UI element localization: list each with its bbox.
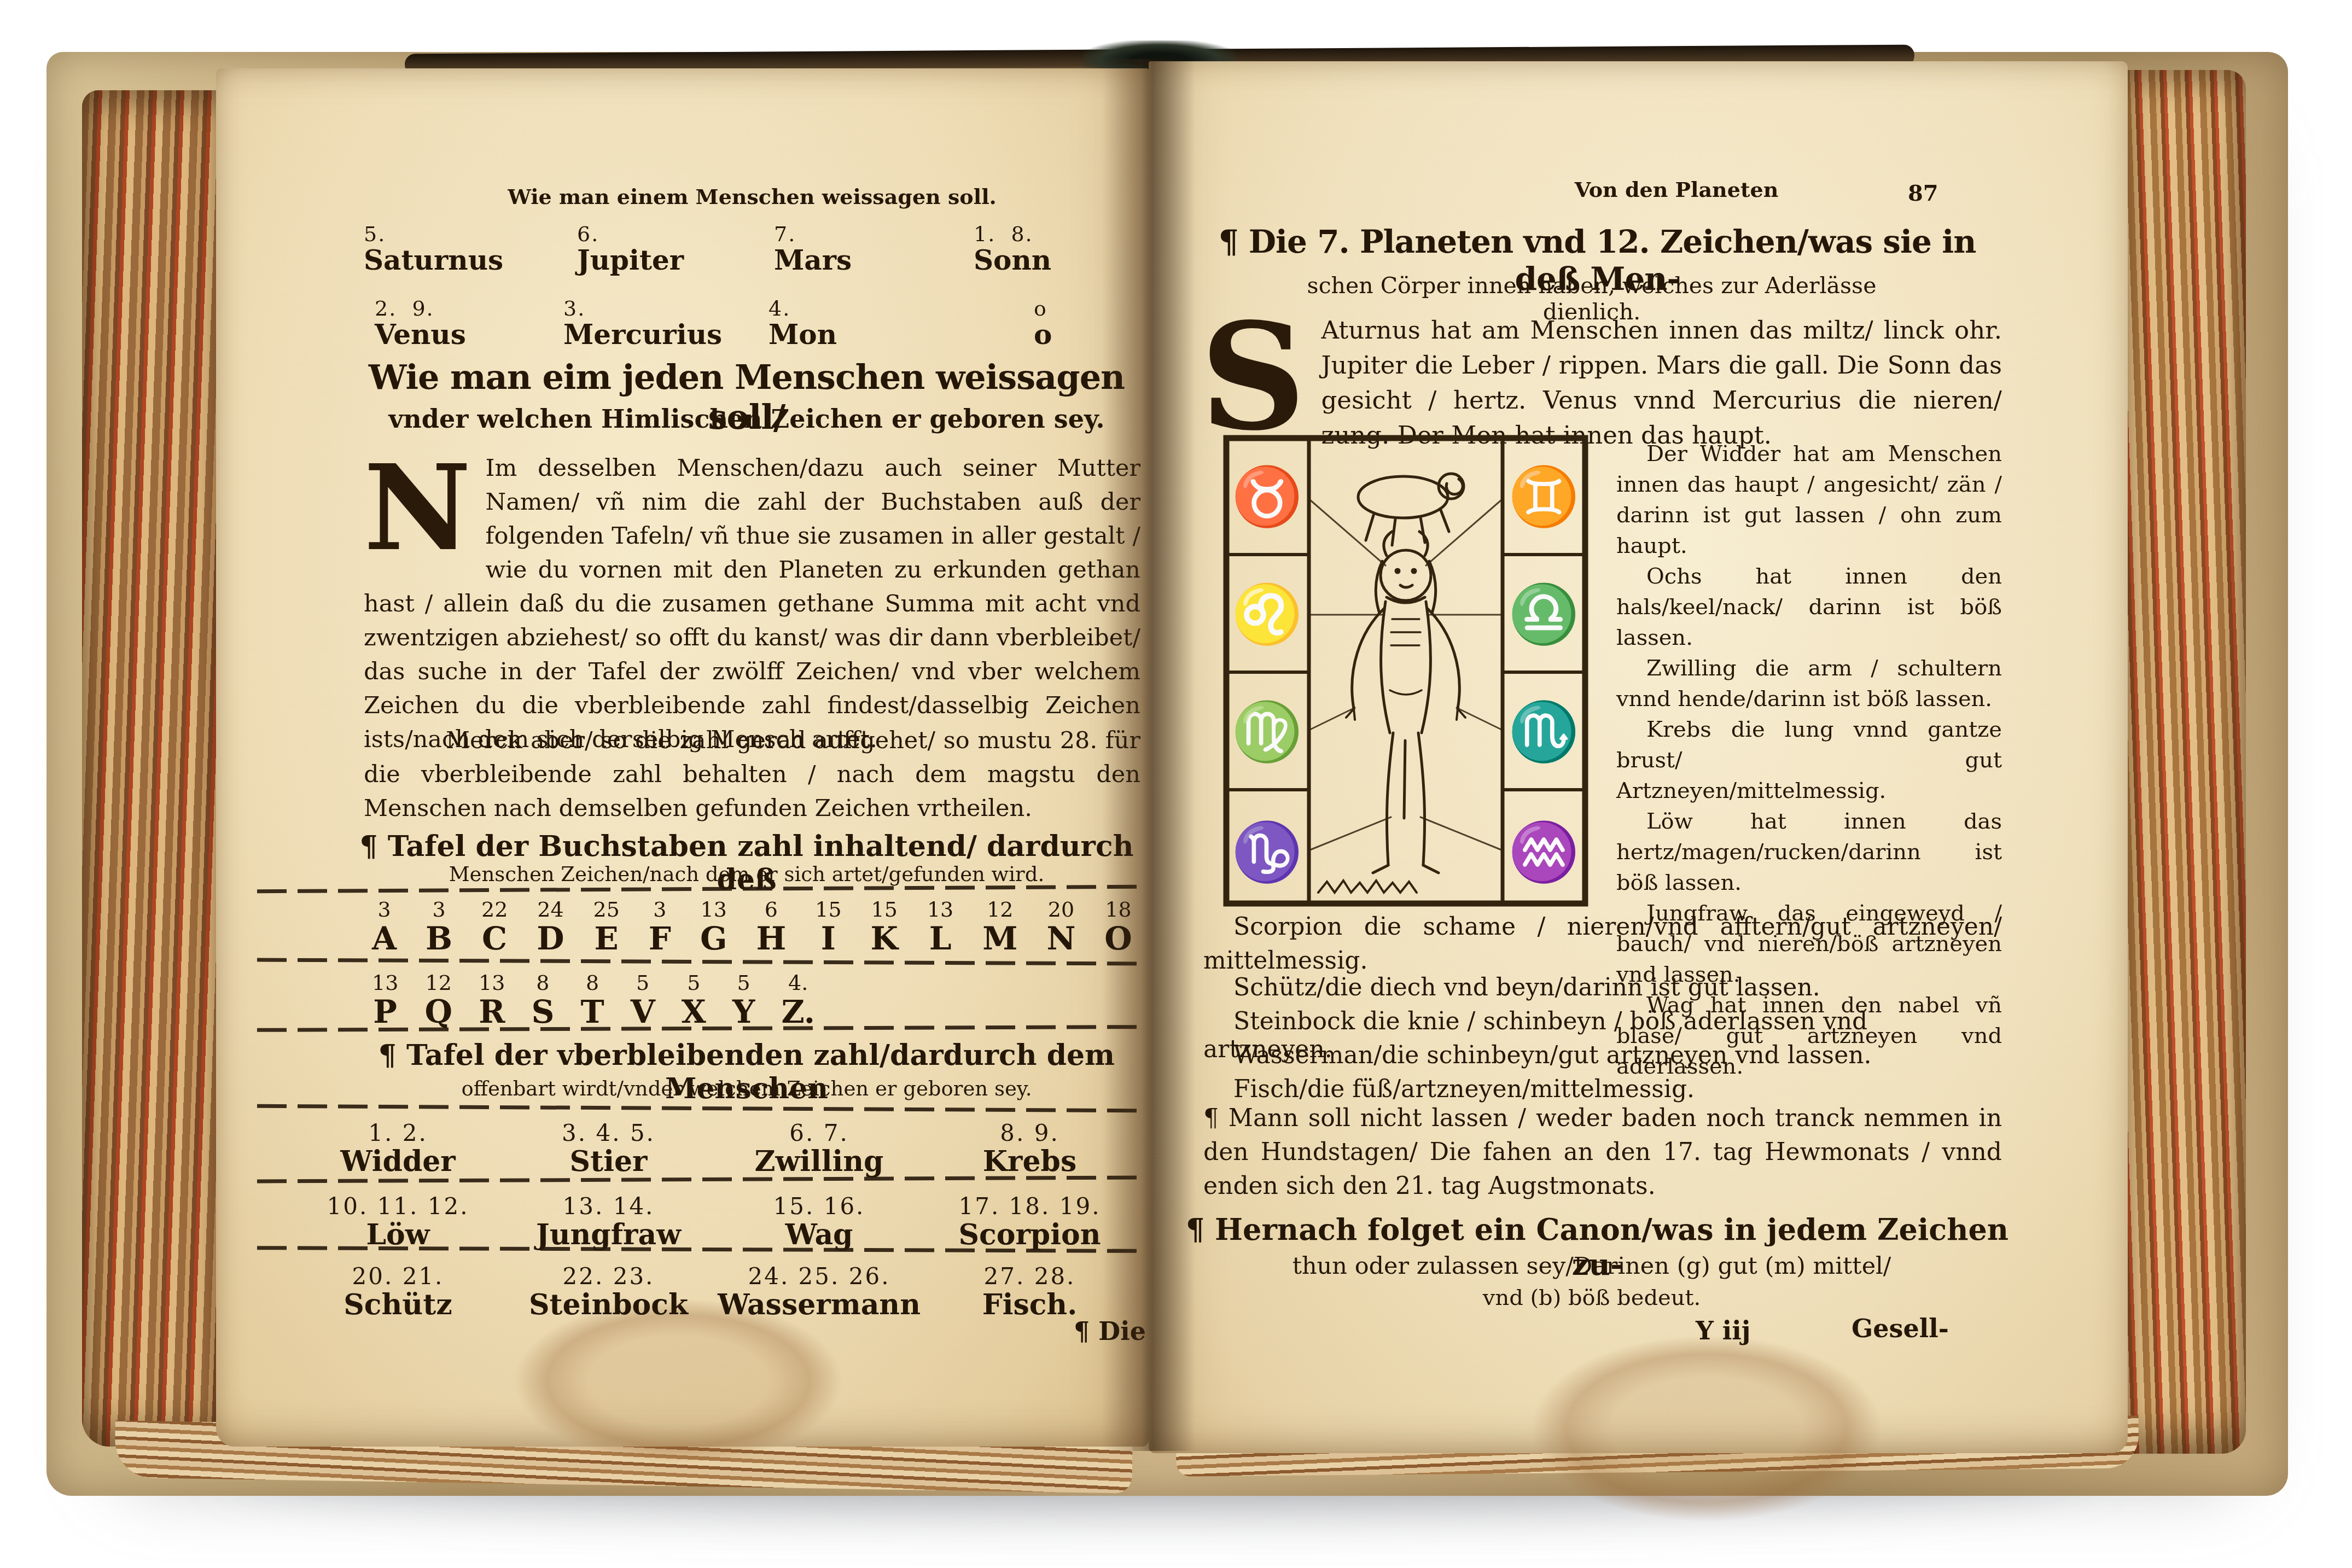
zodiac-table-row3: 20. 21.Schütz 22. 23.Steinbock 24. 25. 2… [293,1264,1135,1321]
sign-paragraph-sagittarius: Schütz/die diech vnd beyn/darinn ist gut… [1203,974,2002,1001]
page-edges-left [82,90,225,1447]
sign-paragraph: Zwilling die arm / schultern vnnd hende/… [1616,653,2002,714]
letter-cell: 4.Z. [781,972,815,1029]
planet-cell: 1. 8. Sonn [974,223,1051,275]
zodiac-cell: 24. 25. 26.Wassermann [714,1264,924,1321]
page-edges-right [2121,70,2246,1454]
letter-cell: 8S [531,972,554,1029]
zodiac-cell: 27. 28.Fisch. [924,1264,1135,1321]
planet-cell: 7. Mars [774,223,852,275]
zodiac-table-row2: 10. 11. 12.Löw 13. 14.Jungfraw 15. 16.Wa… [293,1194,1135,1251]
letter-cell: 13R [479,972,505,1029]
taurus-icon: ♉ [1232,463,1303,530]
sign-paragraph: Ochs hat innen den hals/keel/nack/ darin… [1616,561,2002,653]
letter-cell: 13G [700,899,727,955]
letter-cell: 5X [682,972,706,1029]
drop-cap-initial: S [1200,319,1306,435]
aries-ram-icon [1358,474,1464,545]
planet-cell: 6. Jupiter [577,223,684,275]
dashed-rule [257,1104,1143,1112]
scorpio-icon: ♏ [1509,698,1580,765]
letter-cell: 6H [756,899,786,955]
zodiac-cell: 22. 23.Steinbock [503,1264,714,1321]
canon-heading-line2: thun oder zulassen sey/Darinen (g) gut (… [1258,1252,1925,1280]
planet-cell: 2. 9. Venus [375,297,466,349]
libra-icon: ♎ [1509,581,1580,648]
zodiac-cell: 13. 14.Jungfraw [503,1194,714,1251]
grass-ground [1318,881,1417,893]
right-page: Von den Planeten 87 ¶ Die 7. Planeten vn… [1149,61,2128,1453]
catchword: Gesell- [1852,1314,1949,1343]
zodiac-man-figure [1346,532,1465,873]
zodiac-table-row1: 1. 2.Widder 3. 4. 5.Stier 6. 7.Zwilling … [293,1121,1135,1178]
letter-cell: 24D [537,899,564,955]
letter-cell: 15I [815,899,841,955]
letter-cell: 13P [372,972,398,1029]
zodiac-cell: 6. 7.Zwilling [714,1121,924,1178]
zodiac-cell: 8. 9.Krebs [924,1121,1135,1178]
dashed-rule [257,958,1143,965]
table1-heading-line2: Menschen Zeichen/nach dem er sich artet/… [353,862,1140,886]
capricorn-icon: ♑ [1232,819,1303,885]
letter-cell: 8T [580,972,604,1029]
running-head: Wie man einem Menschen weissagen soll. [364,184,1140,209]
leo-icon: ♌ [1232,581,1303,648]
zodiac-cell: 15. 16.Wag [714,1194,924,1251]
letter-cell: 3A [372,899,397,955]
letter-cell: 12Q [424,972,452,1029]
body-paragraph-1: NIm desselben Menschen/dazu auch seiner … [364,451,1140,756]
letter-cell: 15K [871,899,898,955]
water-stain [514,1299,842,1463]
letter-cell: 25E [593,899,620,955]
zodiac-cell: 17. 18. 19.Scorpion [924,1194,1135,1251]
book-photograph: Wie man einem Menschen weissagen soll. 5… [0,0,2352,1568]
sign-paragraph: Krebs die lung vnnd gantze brust/ gut Ar… [1616,714,2002,806]
left-page: Wie man einem Menschen weissagen soll. 5… [216,68,1149,1447]
letter-table-row1: 3A 3B 22C 24D 25E 3F 13G 6H 15I 15K 13L … [372,899,1132,955]
intro-paragraph: SAturnus hat am Menschen innen das miltz… [1203,313,2002,453]
letter-cell: 18O [1104,899,1132,955]
sign-paragraph: Der Widder hat am Menschen innen das hau… [1616,439,2002,561]
planet-cell: 4. Mon [769,297,837,349]
sign-paragraph-scorpion: Scorpion die schame / nieren/vnd afftern… [1203,910,2002,978]
planet-cell: 5. Saturnus [364,223,503,275]
letter-cell: 3F [649,899,671,955]
canon-heading-line3: vnd (b) böß bedeut. [1258,1285,1925,1310]
body-paragraph-2: Merck aber/ so die zahl gerad auffgehet/… [364,724,1140,825]
zodiac-cell: 10. 11. 12.Löw [293,1194,503,1251]
letter-table-row2: 13P 12Q 13R 8S 8T 5V 5X 5Y 4.Z. [372,972,815,1029]
aquarius-icon: ♒ [1509,819,1580,885]
catchword: ¶ Die [900,1316,1146,1346]
zodiac-man-woodcut: ♉ ♌ ♍ ♑ ♊ ♎ ♏ ♒ [1222,434,1589,907]
letter-cell: 12M [982,899,1017,955]
planet-cell: o o [1034,297,1052,349]
signature-mark: Y iij [1696,1316,1750,1345]
page-number: 87 [1908,180,1938,206]
sign-paragraph-pisces: Fisch/die füß/artzneyen/mittelmessig. [1203,1075,2002,1103]
section-heading-line2: vnder welchen Himlischen Zeichen er gebo… [353,404,1140,434]
zodiac-cell: 20. 21.Schütz [293,1264,503,1321]
letter-cell: 20N [1046,899,1075,955]
letter-cell: 13L [927,899,953,955]
planet-cell: 3. Mercurius [563,297,722,349]
gemini-icon: ♊ [1509,463,1580,530]
sign-paragraph-aquarius: Wasserman/die schinbeyn/gut artzneyen vn… [1203,1041,2002,1069]
letter-cell: 3B [426,899,452,955]
dog-days-paragraph: ¶ Mann soll nicht lassen / weder baden n… [1203,1101,2002,1203]
zodiac-cell: 3. 4. 5.Stier [503,1121,714,1178]
sign-paragraph: Löw hat innen das hertz/magen/ru­cken/da… [1616,806,2002,898]
virgo-icon: ♍ [1232,698,1303,765]
letter-cell: 22C [481,899,508,955]
letter-cell: 5V [631,972,655,1029]
drop-cap-initial: N [364,460,471,556]
table2-heading-line2: offenbart wirdt/vnder welchem Zeichen er… [353,1077,1140,1100]
zodiac-cell: 1. 2.Widder [293,1121,503,1178]
letter-cell: 5Y [732,972,755,1029]
